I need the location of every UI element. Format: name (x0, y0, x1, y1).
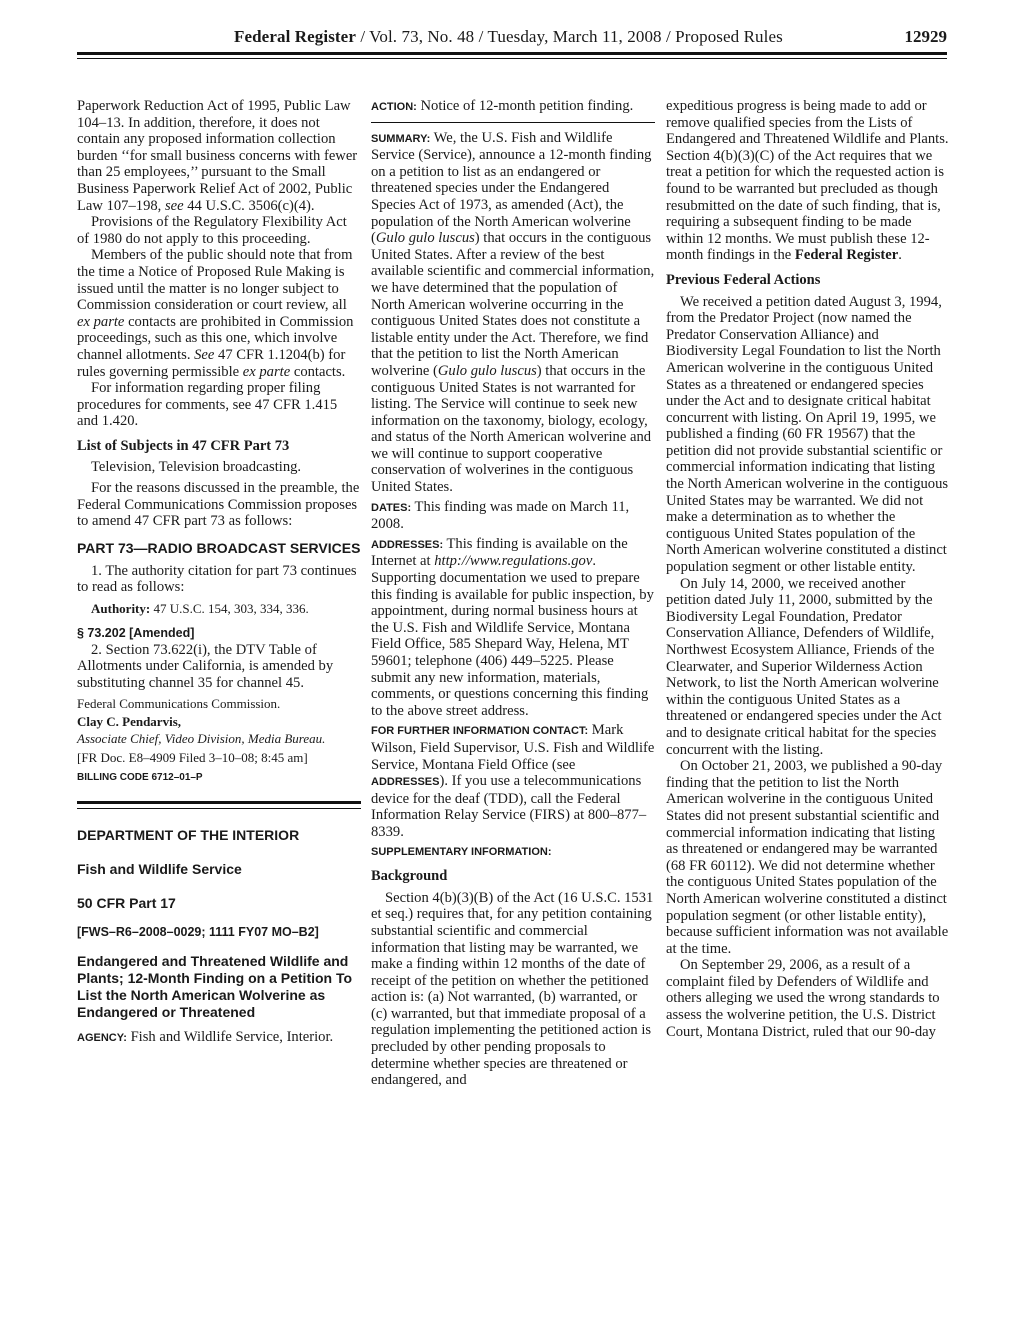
addresses: ADDRESSES: This finding is available on … (371, 536, 655, 720)
subjects-text: Television, Television broadcasting. (77, 459, 361, 476)
column-1: Paperwork Reduction Act of 1995, Public … (77, 98, 361, 1046)
agency-signature: Federal Communications Commission. (77, 695, 361, 712)
contact: FOR FURTHER INFORMATION CONTACT: Mark Wi… (371, 722, 655, 840)
paragraph: On September 29, 2006, as a result of a … (666, 957, 950, 1040)
section-separator-thick (77, 801, 361, 804)
paragraph: For the reasons discussed in the preambl… (77, 480, 361, 530)
column-2: ACTION: Notice of 12-month petition find… (371, 98, 655, 1089)
section-heading: § 73.202 [Amended] (77, 625, 361, 642)
paragraph: On July 14, 2000, we received another pe… (666, 576, 950, 759)
document-title: Endangered and Threatened Wildlife and P… (77, 953, 361, 1021)
paragraph: Provisions of the Regulatory Flexibility… (77, 214, 361, 247)
supplementary-label: SUPPLEMENTARY INFORMATION: (371, 844, 655, 861)
paragraph: Section 4(b)(3)(B) of the Act (16 U.S.C.… (371, 890, 655, 1089)
paragraph: 2. Section 73.622(i), the DTV Table of A… (77, 642, 361, 692)
action-line: ACTION: Notice of 12-month petition find… (371, 98, 655, 116)
paragraph: We received a petition dated August 3, 1… (666, 294, 950, 576)
cfr-heading: 50 CFR Part 17 (77, 895, 361, 912)
section-separator-thin (77, 808, 361, 809)
previous-actions-heading: Previous Federal Actions (666, 272, 950, 289)
publication-name: Federal Register (234, 27, 356, 46)
part-heading: PART 73—RADIO BROADCAST SERVICES (77, 540, 361, 557)
paragraph: expeditious progress is being made to ad… (666, 98, 950, 264)
dates: DATES: This finding was made on March 11… (371, 499, 655, 533)
paragraph: Paperwork Reduction Act of 1995, Public … (77, 98, 361, 214)
paragraph: Members of the public should note that f… (77, 247, 361, 380)
subjects-heading: List of Subjects in 47 CFR Part 73 (77, 438, 361, 455)
agency-heading: Fish and Wildlife Service (77, 861, 361, 878)
column-3: expeditious progress is being made to ad… (666, 98, 950, 1040)
agency-line: AGENCY: Fish and Wildlife Service, Inter… (77, 1029, 361, 1047)
header-rule-thick (77, 52, 947, 55)
running-title: Federal Register / Vol. 73, No. 48 / Tue… (234, 27, 783, 47)
docket-number: [FWS–R6–2008–0029; 1111 FY07 MO–B2] (77, 924, 361, 941)
summary: SUMMARY: We, the U.S. Fish and Wildlife … (371, 130, 655, 496)
header-rule-thin (77, 58, 947, 59)
page-number: 12929 (905, 27, 948, 47)
billing-code: BILLING CODE 6712–01–P (77, 770, 361, 787)
background-heading: Background (371, 868, 655, 885)
authority-citation: Authority: 47 U.S.C. 154, 303, 334, 336. (91, 600, 361, 617)
signer-name: Clay C. Pendarvis, (77, 713, 361, 730)
signer-title: Associate Chief, Video Division, Media B… (77, 731, 361, 746)
regulations-link[interactable]: http://www.regulations.gov (434, 553, 592, 569)
paragraph: 1. The authority citation for part 73 co… (77, 563, 361, 596)
paragraph: On October 21, 2003, we published a 90-d… (666, 758, 950, 957)
summary-rule (371, 122, 655, 123)
department-heading: DEPARTMENT OF THE INTERIOR (77, 827, 361, 844)
issue-details: / Vol. 73, No. 48 / Tuesday, March 11, 2… (356, 27, 783, 46)
paragraph: For information regarding proper filing … (77, 380, 361, 430)
fr-doc: [FR Doc. E8–4909 Filed 3–10–08; 8:45 am] (77, 749, 361, 766)
page-header: Federal Register / Vol. 73, No. 48 / Tue… (77, 27, 947, 51)
